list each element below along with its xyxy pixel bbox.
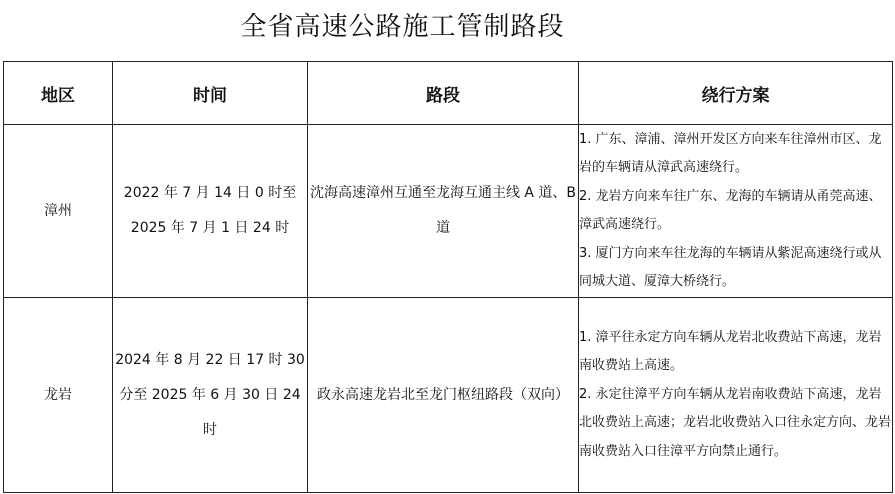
detour-item: 2. 龙岩方向来车往广东、龙海的车辆请从甬莞高速、漳武高速绕行。 bbox=[579, 183, 892, 240]
time-cell: 2024 年 8 月 22 日 17 时 30 分至 2025 年 6 月 30… bbox=[113, 298, 308, 493]
header-segment: 路段 bbox=[308, 62, 579, 125]
detour-item: 2. 永定往漳平方向车辆从龙岩南收费站下高速，龙岩北收费站上高速；龙岩北收费站入… bbox=[579, 381, 892, 467]
construction-control-table: 地区 时间 路段 绕行方案 漳州 2022 年 7 月 14 日 0 时至 20… bbox=[3, 61, 893, 493]
table-header-row: 地区 时间 路段 绕行方案 bbox=[4, 62, 893, 125]
header-region: 地区 bbox=[4, 62, 113, 125]
table-row: 龙岩 2024 年 8 月 22 日 17 时 30 分至 2025 年 6 月… bbox=[4, 298, 893, 493]
segment-cell: 沈海高速漳州互通至龙海互通主线 A 道、B 道 bbox=[308, 125, 579, 298]
region-cell: 漳州 bbox=[4, 125, 113, 298]
region-cell: 龙岩 bbox=[4, 298, 113, 493]
detour-cell: 1. 漳平往永定方向车辆从龙岩北收费站下高速，龙岩南收费站上高速。 2. 永定往… bbox=[579, 298, 893, 493]
header-time: 时间 bbox=[113, 62, 308, 125]
segment-cell: 政永高速龙岩北至龙门枢纽路段（双向） bbox=[308, 298, 579, 493]
detour-item: 1. 漳平往永定方向车辆从龙岩北收费站下高速，龙岩南收费站上高速。 bbox=[579, 324, 892, 381]
detour-cell: 1. 广东、漳浦、漳州开发区方向来车往漳州市区、龙岩的车辆请从漳武高速绕行。 2… bbox=[579, 125, 893, 298]
table-row: 漳州 2022 年 7 月 14 日 0 时至 2025 年 7 月 1 日 2… bbox=[4, 125, 893, 298]
detour-item: 3. 厦门方向来车往龙海的车辆请从紫泥高速绕行或从同城大道、厦漳大桥绕行。 bbox=[579, 240, 892, 297]
detour-item: 1. 广东、漳浦、漳州开发区方向来车往漳州市区、龙岩的车辆请从漳武高速绕行。 bbox=[579, 126, 892, 183]
page-title: 全省高速公路施工管制路段 bbox=[0, 6, 805, 43]
time-cell: 2022 年 7 月 14 日 0 时至 2025 年 7 月 1 日 24 时 bbox=[113, 125, 308, 298]
header-detour: 绕行方案 bbox=[579, 62, 893, 125]
